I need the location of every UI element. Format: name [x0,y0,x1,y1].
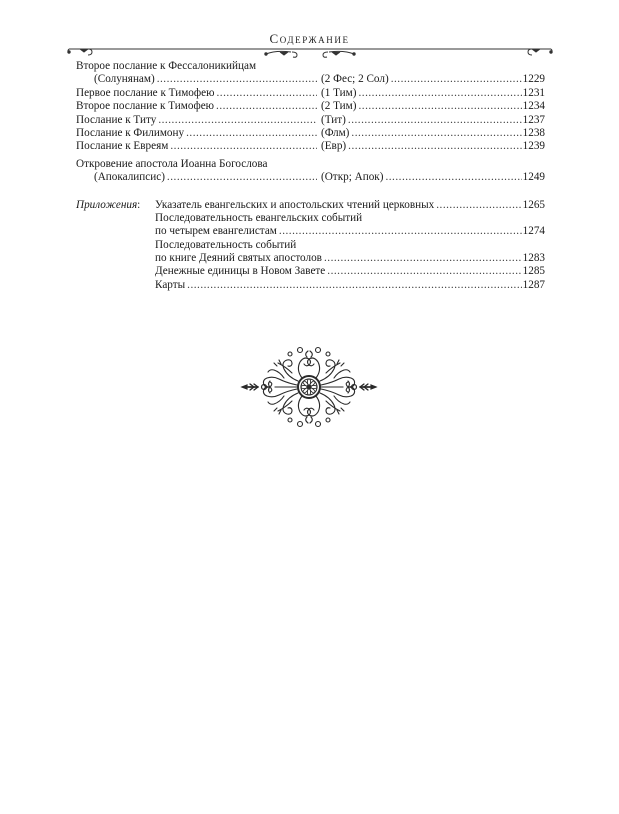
appendices-label: Приложения: [76,199,140,212]
appendix-entry[interactable]: Последовательность евангельских событий [76,212,546,225]
toc-entry-title: Второе послание к Фессалоникийцам [76,60,256,72]
toc-entry[interactable]: Послание к Филимону (Флм) 1238 [76,127,546,140]
toc-entry-page: 1231 [522,87,545,100]
toc-entry-page: 1239 [522,140,545,153]
page-title: Содержание [0,31,619,47]
dot-leader [348,140,521,153]
appendix-title: по четырем евангелистам [155,225,279,238]
table-of-contents: Второе послание к Фессалоникийцам (Солун… [76,60,546,292]
dot-leader [324,252,522,265]
dot-leader [167,171,317,184]
dot-leader [385,171,521,184]
appendix-page: 1274 [522,225,545,238]
appendix-title: Карты [155,279,187,292]
appendix-entry[interactable]: Последовательность событий [76,239,546,252]
appendix-title: Денежные единицы в Новом Завете [155,265,327,278]
dot-leader [391,73,522,86]
dot-leader [216,87,317,100]
toc-entry-continuation[interactable]: (Апокалипсис) (Откр; Апок) 1249 [76,171,546,184]
dot-leader [158,114,317,127]
appendix-entry-continuation[interactable]: по книге Деяний святых апостолов 1283 [76,252,546,265]
appendix-page: 1285 [522,265,545,278]
dot-leader [170,140,317,153]
toc-entry-title: Послание к Евреям [76,140,170,153]
dot-leader [436,199,521,212]
appendix-page: 1287 [522,279,545,292]
appendix-entry[interactable]: Карты 1287 [76,279,546,292]
toc-entry[interactable]: Первое послание к Тимофею (1 Тим) 1231 [76,87,546,100]
appendix-title: Указатель евангельских и апостольских чт… [155,199,436,212]
toc-entry-abbreviation: (2 Тим) [321,100,358,113]
header-rule-ornament-icon [66,46,554,60]
toc-entry[interactable]: Откровение апостола Иоанна Богослова [76,158,546,171]
toc-entry[interactable]: Послание к Евреям (Евр) 1239 [76,140,546,153]
toc-entry-title: Послание к Филимону [76,127,186,140]
toc-entry-abbreviation: (Откр; Апок) [321,171,385,184]
toc-entry-page: 1229 [522,73,545,86]
dot-leader [187,279,521,292]
document-page: Содержание Второе посл [0,0,619,814]
toc-entry[interactable]: Послание к Титу (Тит) 1237 [76,114,546,127]
dot-leader [358,100,521,113]
toc-entry[interactable]: Второе послание к Тимофею (2 Тим) 1234 [76,100,546,113]
appendix-page: 1283 [522,252,545,265]
appendix-entry-continuation[interactable]: по четырем евангелистам 1274 [76,225,546,238]
dot-leader [327,265,521,278]
appendix-entry[interactable]: Приложения: Указатель евангельских и апо… [76,199,546,212]
floral-rosette-ornament-icon [234,345,384,429]
dot-leader [351,127,521,140]
toc-entry-abbreviation: (Евр) [321,140,348,153]
toc-entry-abbreviation: (2 Фес; 2 Сол) [321,73,391,86]
dot-leader [358,87,521,100]
appendix-page: 1265 [522,199,545,212]
toc-entry-title: (Апокалипсис) [94,171,167,184]
toc-entry[interactable]: Второе послание к Фессалоникийцам [76,60,546,73]
toc-entry-title: Откровение апостола Иоанна Богослова [76,158,268,170]
toc-entry-page: 1237 [522,114,545,127]
toc-entry-title: Второе послание к Тимофею [76,100,216,113]
toc-entry-page: 1234 [522,100,545,113]
dot-leader [279,225,522,238]
toc-entry-title: Первое послание к Тимофею [76,87,216,100]
toc-entry-abbreviation: (Флм) [321,127,351,140]
toc-entry-title: (Солунянам) [94,73,157,86]
toc-entry-page: 1238 [522,127,545,140]
toc-entry-continuation[interactable]: (Солунянам) (2 Фес; 2 Сол) 1229 [76,73,546,86]
dot-leader [216,100,317,113]
toc-entry-abbreviation: (Тит) [321,114,348,127]
appendix-entry[interactable]: Денежные единицы в Новом Завете 1285 [76,265,546,278]
appendix-title: Последовательность евангельских событий [155,212,362,225]
appendix-title: по книге Деяний святых апостолов [155,252,324,265]
dot-leader [157,73,317,86]
dot-leader [186,127,317,140]
toc-entry-abbreviation: (1 Тим) [321,87,358,100]
appendix-title: Последовательность событий [155,239,296,252]
toc-entry-page: 1249 [522,171,545,184]
dot-leader [348,114,522,127]
toc-entry-title: Послание к Титу [76,114,158,127]
